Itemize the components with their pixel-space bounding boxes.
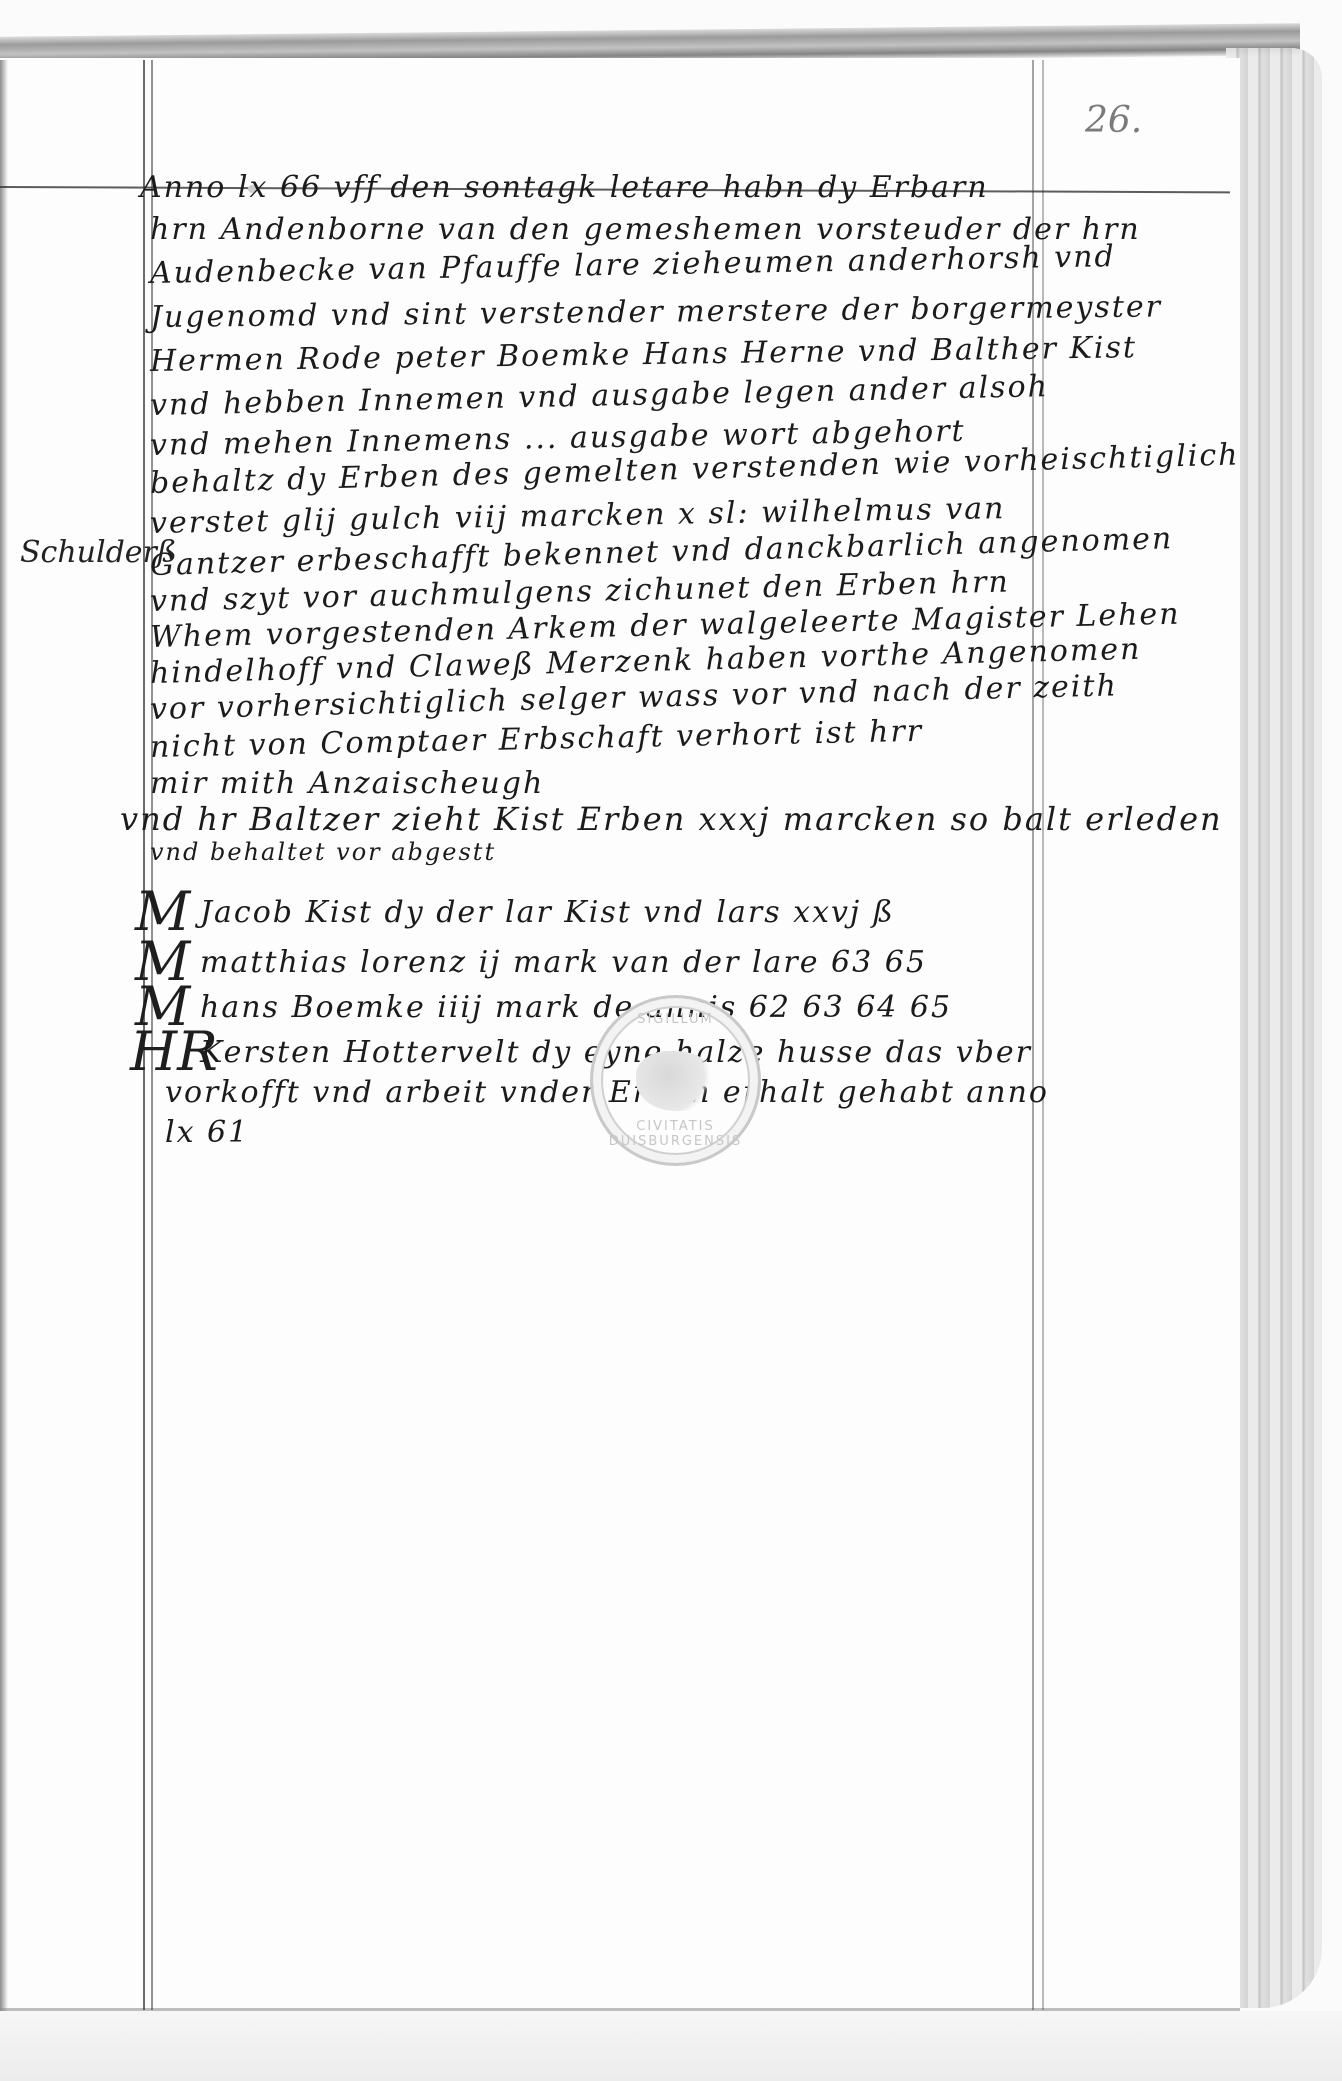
- ledger-item: hans Boemke iiij mark de annis 62 63 64 …: [200, 990, 952, 1025]
- ledger-item: Jacob Kist dy der lar Kist vnd lars xxvj…: [200, 895, 895, 930]
- stamp-text-top: SIGILLUM: [593, 1012, 758, 1027]
- scan-bottom-margin: [0, 2011, 1342, 2081]
- page-edge-stack: [1226, 48, 1322, 2008]
- heraldic-lion-icon: [636, 1051, 716, 1111]
- margin-annotation: Schulderß: [20, 535, 177, 570]
- entry-line: Anno lx 66 vff den sontagk letare habn d…: [140, 170, 989, 205]
- entry-line: vnd behaltet vor abgestt: [150, 838, 496, 866]
- manuscript-scan: 26. Anno lx 66 vff den sontagk letare ha…: [0, 0, 1342, 2081]
- ledger-item: lx 61: [165, 1115, 249, 1150]
- entry-line: vnd hr Baltzer zieht Kist Erben xxxj mar…: [120, 800, 1223, 838]
- folio-number: 26.: [1085, 100, 1142, 141]
- left-gutter-shadow: [0, 60, 8, 2030]
- archive-stamp: SIGILLUM CIVITATIS DUISBURGENSIS: [590, 995, 761, 1166]
- ledger-item: matthias lorenz ij mark van der lare 63 …: [200, 945, 927, 980]
- stamp-text-bottom: CIVITATIS DUISBURGENSIS: [593, 1119, 758, 1149]
- entry-line: mir mith Anzaischeugh: [150, 766, 544, 801]
